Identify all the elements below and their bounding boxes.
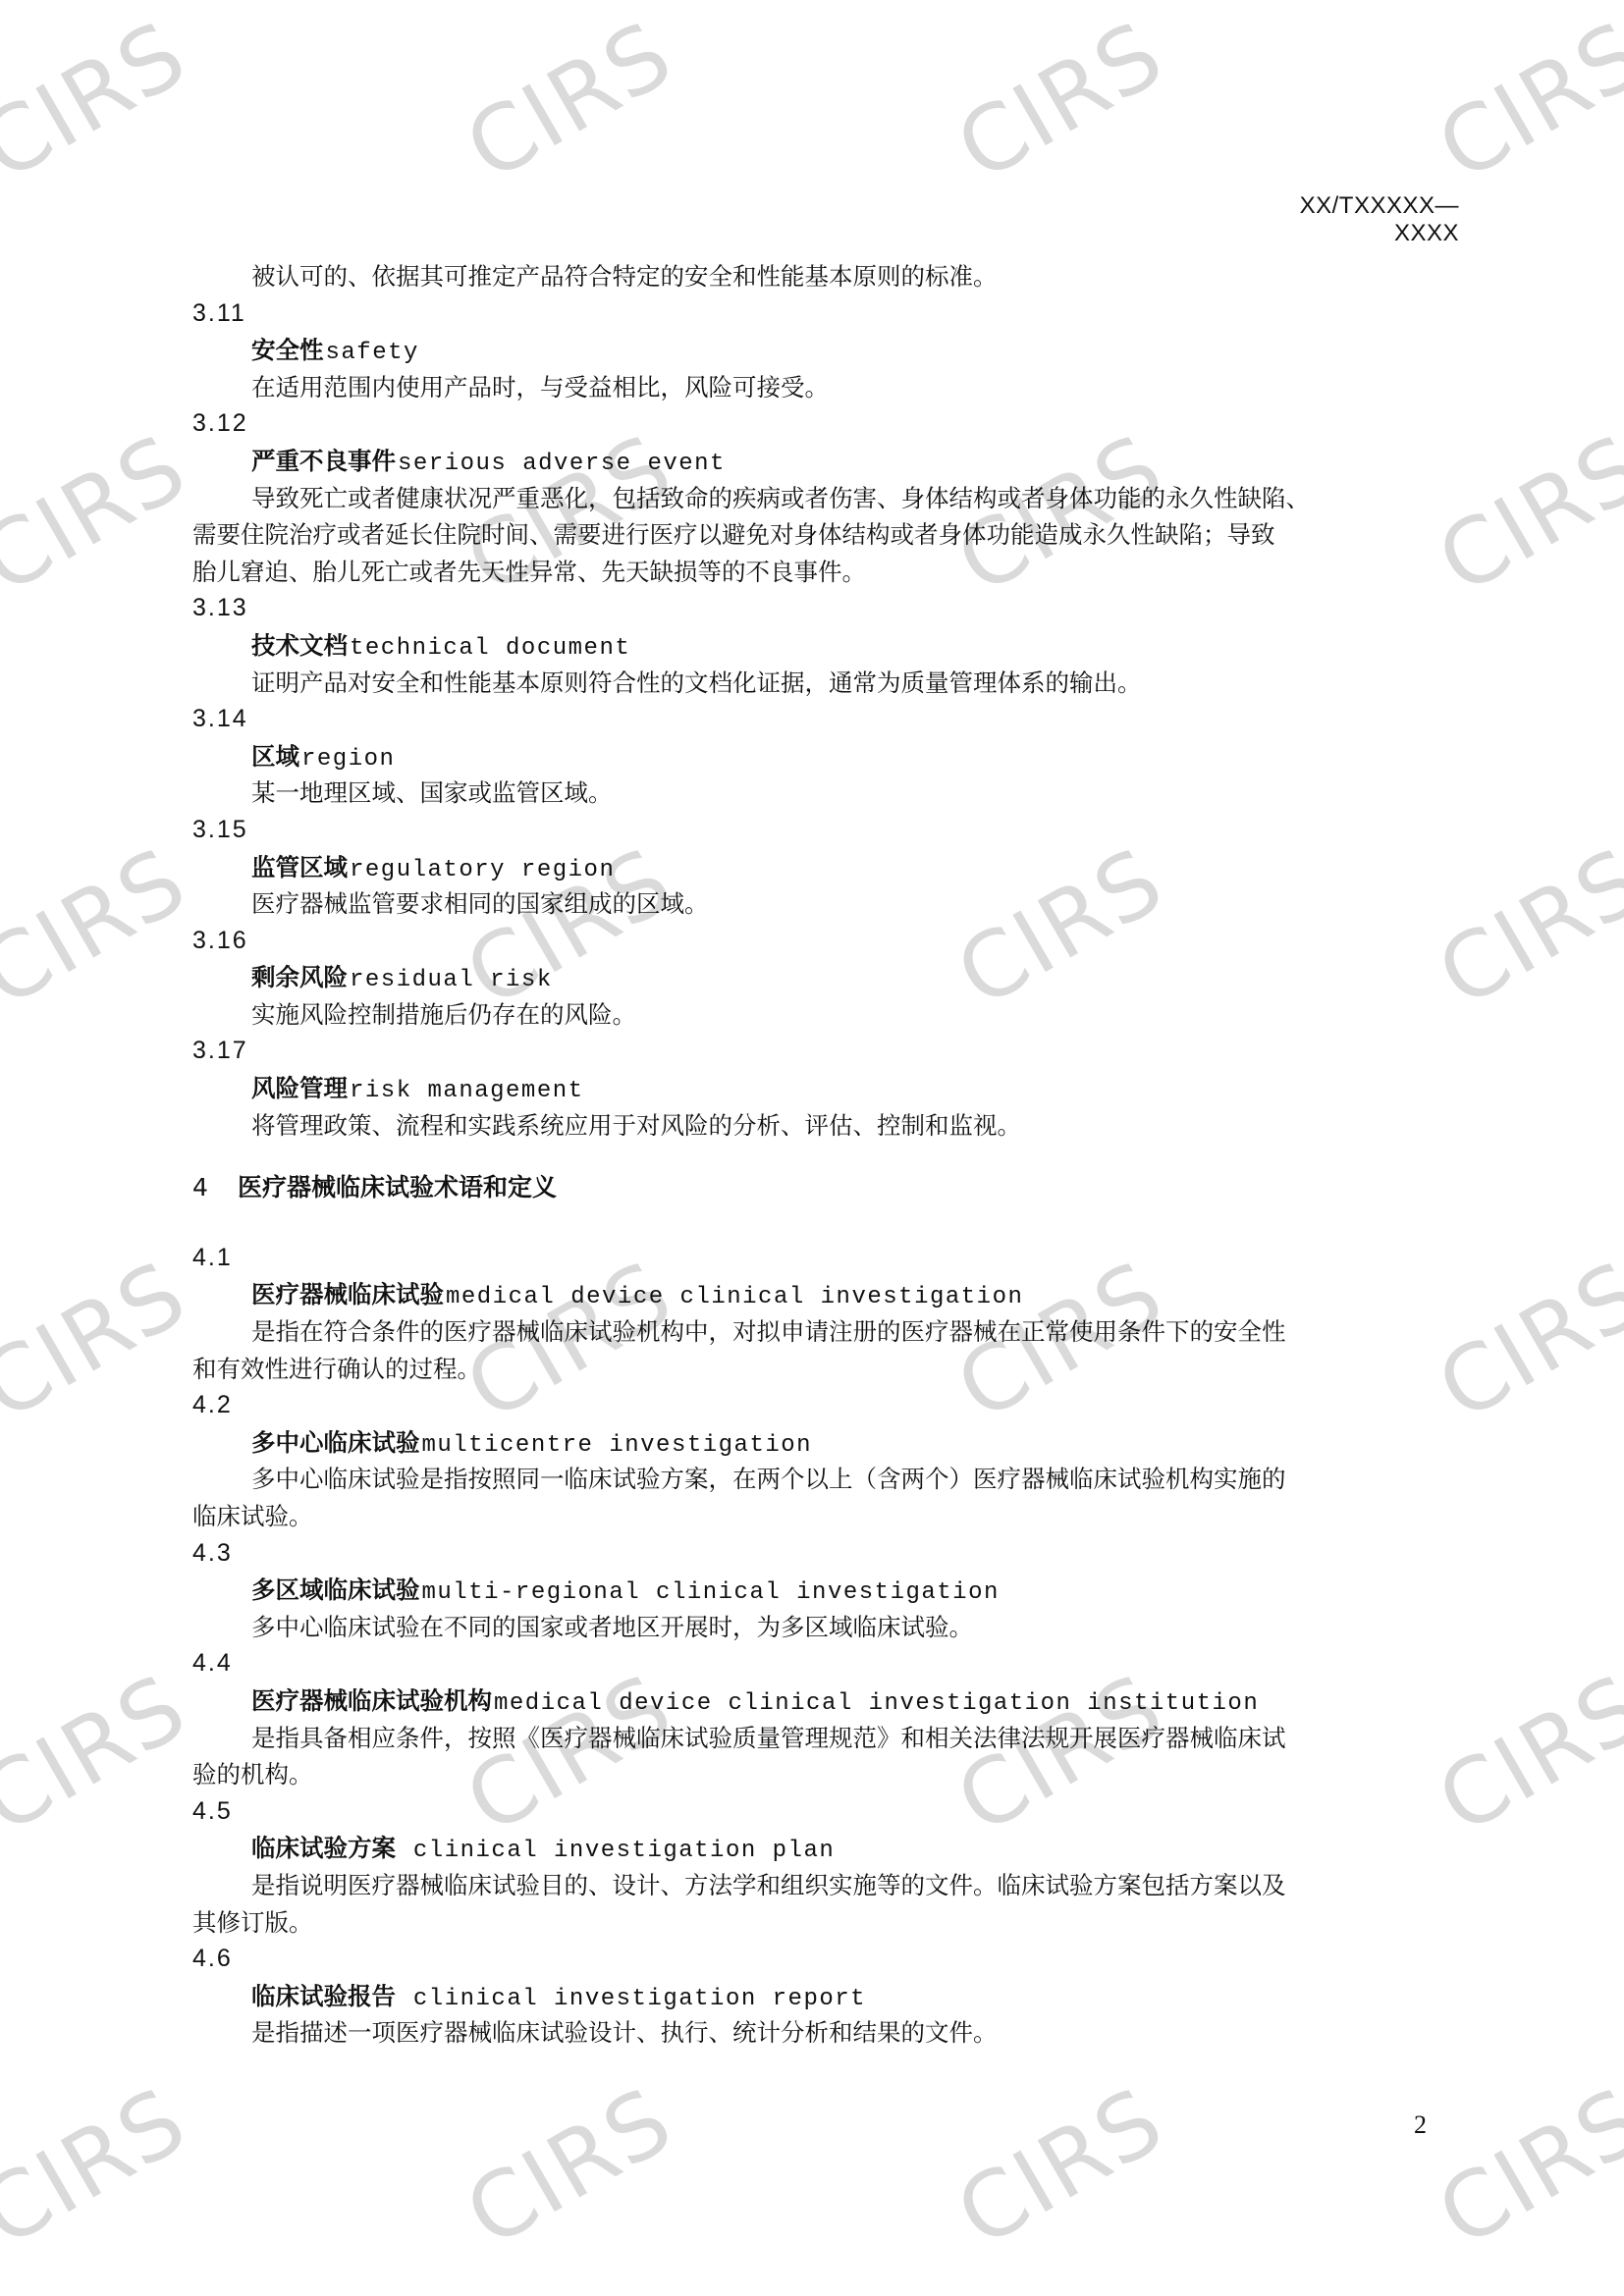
term-english: clinical investigation plan — [398, 1838, 835, 1864]
cirs-watermark: CIRS — [0, 2067, 204, 2268]
entry-number: 3.11 — [192, 295, 1459, 333]
term-english: technical document — [350, 635, 630, 662]
section-4-entries: 4.1医疗器械临床试验medical device clinical inves… — [192, 1240, 1459, 2052]
entry-number: 4.3 — [192, 1535, 1459, 1573]
term-chinese: 剩余风险 — [251, 963, 348, 991]
cirs-watermark: CIRS — [0, 1, 204, 201]
term-english: regulatory region — [350, 857, 615, 883]
term-entry: 4.6临床试验报告 clinical investigation report是… — [192, 1941, 1459, 2052]
cirs-watermark: CIRS — [449, 1, 690, 201]
section-number: 4 — [192, 1169, 238, 1206]
definition-line: 多中心临床试验是指按照同一临床试验方案，在两个以上（含两个）医疗器械临床试验机构… — [192, 1461, 1459, 1498]
cirs-watermark: CIRS — [449, 2067, 690, 2268]
entry-number: 3.15 — [192, 812, 1459, 849]
definition-line: 是指描述一项医疗器械临床试验设计、执行、统计分析和结果的文件。 — [192, 2014, 1459, 2052]
term-chinese: 区域 — [251, 742, 299, 771]
standard-code-header: XX/TXXXXX—XXXX — [1247, 192, 1459, 247]
term-title: 技术文档technical document — [192, 627, 1459, 665]
definition-line: 某一地理区域、国家或监管区域。 — [192, 774, 1459, 812]
term-chinese: 多区域临床试验 — [251, 1575, 420, 1604]
term-title: 医疗器械临床试验medical device clinical investig… — [192, 1276, 1459, 1313]
definition-line: 临床试验。 — [192, 1498, 1459, 1535]
term-chinese: 医疗器械临床试验机构 — [251, 1686, 492, 1715]
document-page: CIRSCIRSCIRSCIRSCIRSCIRSCIRSCIRSCIRSCIRS… — [0, 0, 1624, 2296]
cirs-watermark: CIRS — [940, 1, 1181, 201]
term-title: 监管区域regulatory region — [192, 849, 1459, 886]
definition-line: 多中心临床试验在不同的国家或者地区开展时，为多区域临床试验。 — [192, 1609, 1459, 1646]
term-entry: 3.12严重不良事件serious adverse event导致死亡或者健康状… — [192, 405, 1459, 590]
entry-number: 3.13 — [192, 590, 1459, 627]
term-entry: 3.15监管区域regulatory region医疗器械监管要求相同的国家组成… — [192, 812, 1459, 923]
definition-line: 验的机构。 — [192, 1756, 1459, 1793]
term-chinese: 安全性 — [251, 336, 324, 364]
term-title: 风险管理risk management — [192, 1070, 1459, 1107]
term-entry: 4.3多区域临床试验multi-regional clinical invest… — [192, 1535, 1459, 1646]
term-entry: 3.13技术文档technical document证明产品对安全和性能基本原则… — [192, 590, 1459, 701]
definition-line: 是指具备相应条件，按照《医疗器械临床试验质量管理规范》和相关法律法规开展医疗器械… — [192, 1720, 1459, 1757]
term-title: 临床试验方案 clinical investigation plan — [192, 1830, 1459, 1867]
continued-definition: 被认可的、依据其可推定产品符合特定的安全和性能基本原则的标准。 — [192, 258, 1459, 295]
definition-line: 在适用范围内使用产品时，与受益相比，风险可接受。 — [192, 369, 1459, 406]
definition-line: 是指说明医疗器械临床试验目的、设计、方法学和组织实施等的文件。临床试验方案包括方… — [192, 1867, 1459, 1904]
section-title: 医疗器械临床试验术语和定义 — [238, 1173, 557, 1201]
term-title: 多中心临床试验multicentre investigation — [192, 1424, 1459, 1462]
section-heading: 4医疗器械临床试验术语和定义 — [192, 1169, 1459, 1206]
document-body: 被认可的、依据其可推定产品符合特定的安全和性能基本原则的标准。 3.11安全性s… — [192, 258, 1459, 2052]
entry-number: 4.2 — [192, 1387, 1459, 1424]
definition-line: 医疗器械监管要求相同的国家组成的区域。 — [192, 885, 1459, 923]
term-english: region — [301, 746, 395, 773]
entry-number: 4.5 — [192, 1793, 1459, 1831]
term-english: multicentre investigation — [422, 1432, 813, 1459]
term-english: risk management — [350, 1078, 584, 1104]
entry-number: 3.16 — [192, 923, 1459, 960]
term-english: medical device clinical investigation — [446, 1284, 1023, 1310]
term-entry: 4.1医疗器械临床试验medical device clinical inves… — [192, 1240, 1459, 1387]
term-entry: 4.4医疗器械临床试验机构medical device clinical inv… — [192, 1645, 1459, 1792]
term-chinese: 风险管理 — [251, 1074, 348, 1102]
term-english: medical device clinical investigation in… — [494, 1690, 1259, 1717]
term-entry: 4.2多中心临床试验multicentre investigation多中心临床… — [192, 1387, 1459, 1534]
cirs-watermark: CIRS — [0, 1654, 204, 1854]
term-title: 临床试验报告 clinical investigation report — [192, 1978, 1459, 2015]
term-entry: 3.17风险管理risk management将管理政策、流程和实践系统应用于对… — [192, 1033, 1459, 1144]
term-chinese: 临床试验报告 — [251, 1982, 396, 2010]
cirs-watermark: CIRS — [940, 2067, 1181, 2268]
term-chinese: 技术文档 — [251, 631, 348, 660]
term-title: 剩余风险residual risk — [192, 959, 1459, 996]
page-number: 2 — [1414, 2110, 1427, 2140]
cirs-watermark: CIRS — [0, 414, 204, 614]
term-entry: 3.14区域region某一地理区域、国家或监管区域。 — [192, 701, 1459, 812]
term-title: 医疗器械临床试验机构medical device clinical invest… — [192, 1682, 1459, 1720]
term-english: safety — [326, 340, 419, 366]
term-title: 安全性safety — [192, 332, 1459, 369]
entry-number: 4.4 — [192, 1645, 1459, 1682]
term-chinese: 严重不良事件 — [251, 447, 396, 475]
term-entry: 3.11安全性safety在适用范围内使用产品时，与受益相比，风险可接受。 — [192, 295, 1459, 406]
cirs-watermark: CIRS — [1421, 1, 1624, 201]
term-title: 多区域临床试验multi-regional clinical investiga… — [192, 1572, 1459, 1609]
term-chinese: 临床试验方案 — [251, 1834, 396, 1862]
definition-line: 证明产品对安全和性能基本原则符合性的文档化证据，通常为质量管理体系的输出。 — [192, 665, 1459, 702]
term-english: clinical investigation report — [398, 1986, 866, 2012]
definition-line: 其修订版。 — [192, 1904, 1459, 1942]
term-english: multi-regional clinical investigation — [422, 1579, 1000, 1606]
term-chinese: 监管区域 — [251, 853, 348, 881]
term-entry: 3.16剩余风险residual risk实施风险控制措施后仍存在的风险。 — [192, 923, 1459, 1034]
cirs-watermark: CIRS — [0, 828, 204, 1028]
definition-line: 将管理政策、流程和实践系统应用于对风险的分析、评估、控制和监视。 — [192, 1107, 1459, 1145]
definition-line: 是指在符合条件的医疗器械临床试验机构中，对拟申请注册的医疗器械在正常使用条件下的… — [192, 1313, 1459, 1351]
term-title: 区域region — [192, 738, 1459, 775]
definition-line: 导致死亡或者健康状况严重恶化，包括致命的疾病或者伤害、身体结构或者身体功能的永久… — [192, 480, 1459, 517]
definition-line: 胎儿窘迫、胎儿死亡或者先天性异常、先天缺损等的不良事件。 — [192, 554, 1459, 591]
entry-number: 3.12 — [192, 405, 1459, 443]
term-title: 严重不良事件serious adverse event — [192, 443, 1459, 480]
cirs-watermark: CIRS — [1421, 2067, 1624, 2268]
entry-number: 4.1 — [192, 1240, 1459, 1277]
entry-number: 3.17 — [192, 1033, 1459, 1070]
section-3-entries: 3.11安全性safety在适用范围内使用产品时，与受益相比，风险可接受。3.1… — [192, 295, 1459, 1145]
term-chinese: 多中心临床试验 — [251, 1428, 420, 1457]
entry-number: 4.6 — [192, 1941, 1459, 1978]
definition-line: 和有效性进行确认的过程。 — [192, 1351, 1459, 1388]
definition-line: 实施风险控制措施后仍存在的风险。 — [192, 996, 1459, 1034]
term-entry: 4.5临床试验方案 clinical investigation plan是指说… — [192, 1793, 1459, 1941]
term-chinese: 医疗器械临床试验 — [251, 1280, 444, 1308]
definition-line: 需要住院治疗或者延长住院时间、需要进行医疗以避免对身体结构或者身体功能造成永久性… — [192, 516, 1459, 554]
entry-number: 3.14 — [192, 701, 1459, 738]
term-english: serious adverse event — [398, 451, 726, 477]
cirs-watermark: CIRS — [0, 1241, 204, 1441]
term-english: residual risk — [350, 967, 553, 993]
